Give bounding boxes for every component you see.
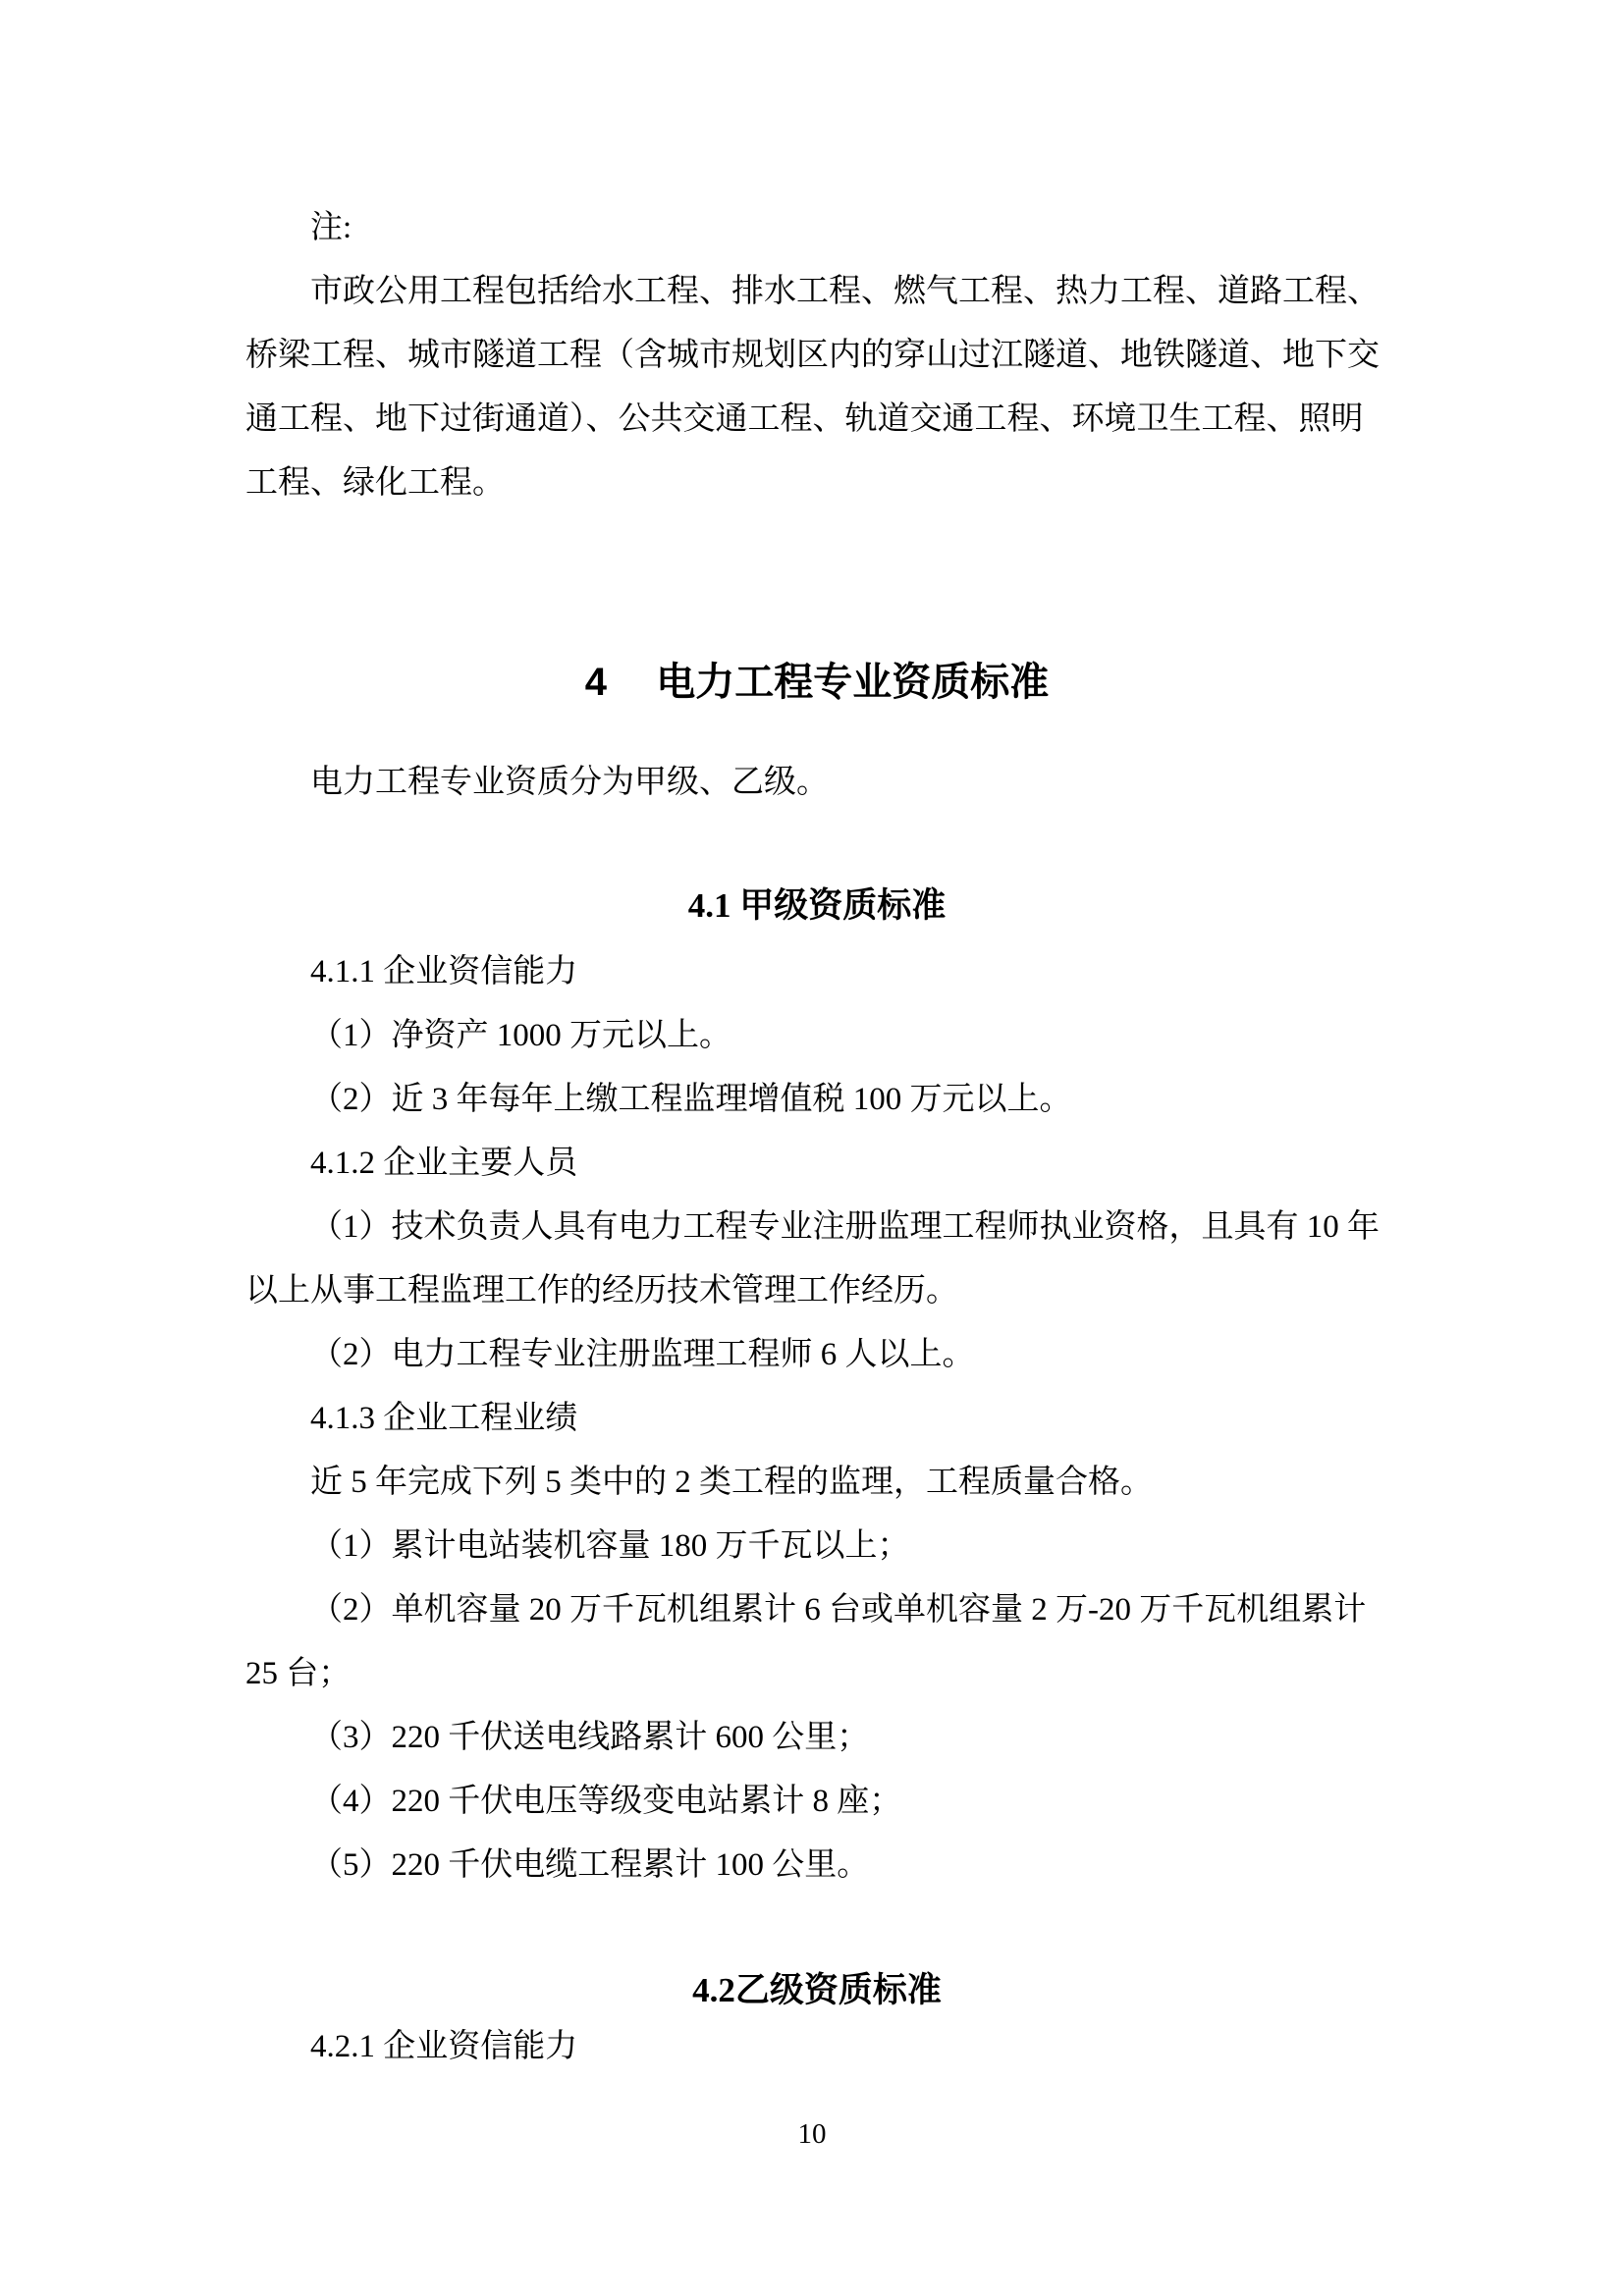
section-4-2-title: 4.2乙级资质标准 (245, 1966, 1388, 2015)
subsection-heading: 4.2.1 企业资信能力 (245, 2015, 1388, 2079)
subsection-heading: 4.1.3 企业工程业绩 (245, 1387, 1388, 1451)
subsection-heading: 4.1.2 企业主要人员 (245, 1132, 1388, 1196)
note-line: 市政公用工程包括给水工程、排水工程、燃气工程、热力工程、道路工程、 (245, 260, 1388, 324)
section-4-1-title: 4.1 甲级资质标准 (245, 881, 1388, 931)
clause-line: （1）净资产 1000 万元以上。 (245, 1004, 1388, 1068)
note-label: 注: (245, 196, 1388, 260)
note-line: 桥梁工程、城市隧道工程（含城市规划区内的穿山过江隧道、地铁隧道、地下交 (245, 324, 1388, 388)
page-number: 10 (0, 2118, 1624, 2151)
clause-line: （4）220 千伏电压等级变电站累计 8 座； (245, 1770, 1388, 1834)
clause-line: 近 5 年完成下列 5 类中的 2 类工程的监理，工程质量合格。 (245, 1451, 1388, 1515)
clause-line: （1）技术负责人具有电力工程专业注册监理工程师执业资格，且具有 10 年 (245, 1196, 1388, 1259)
clause-line: （2）近 3 年每年上缴工程监理增值税 100 万元以上。 (245, 1068, 1388, 1132)
clause-line: （2）电力工程专业注册监理工程师 6 人以上。 (245, 1323, 1388, 1387)
section-4-2-body: 4.2.1 企业资信能力 (245, 2015, 1388, 2079)
clause-line: 以上从事工程监理工作的经历技术管理工作经历。 (245, 1259, 1388, 1323)
clause-line: （5）220 千伏电缆工程累计 100 公里。 (245, 1834, 1388, 1897)
clause-line: 25 台； (245, 1642, 1388, 1706)
section-4-1-body: 4.1.1 企业资信能力 （1）净资产 1000 万元以上。 （2）近 3 年每… (245, 940, 1388, 1897)
note-line: 工程、绿化工程。 (245, 452, 1388, 515)
note-line: 通工程、地下过街通道）、公共交通工程、轨道交通工程、环境卫生工程、照明 (245, 388, 1388, 452)
clause-line: （3）220 千伏送电线路累计 600 公里； (245, 1706, 1388, 1770)
clause-line: （1）累计电站装机容量 180 万千瓦以上； (245, 1515, 1388, 1578)
page-content: 注: 市政公用工程包括给水工程、排水工程、燃气工程、热力工程、道路工程、 桥梁工… (245, 196, 1388, 2079)
subsection-heading: 4.1.1 企业资信能力 (245, 940, 1388, 1004)
document-page: 注: 市政公用工程包括给水工程、排水工程、燃气工程、热力工程、道路工程、 桥梁工… (0, 0, 1624, 2296)
clause-line: （2）单机容量 20 万千瓦机组累计 6 台或单机容量 2 万-20 万千瓦机组… (245, 1578, 1388, 1642)
chapter-title: 4 电力工程专业资质标准 (245, 658, 1388, 707)
chapter-intro: 电力工程专业资质分为甲级、乙级。 (245, 751, 1388, 815)
